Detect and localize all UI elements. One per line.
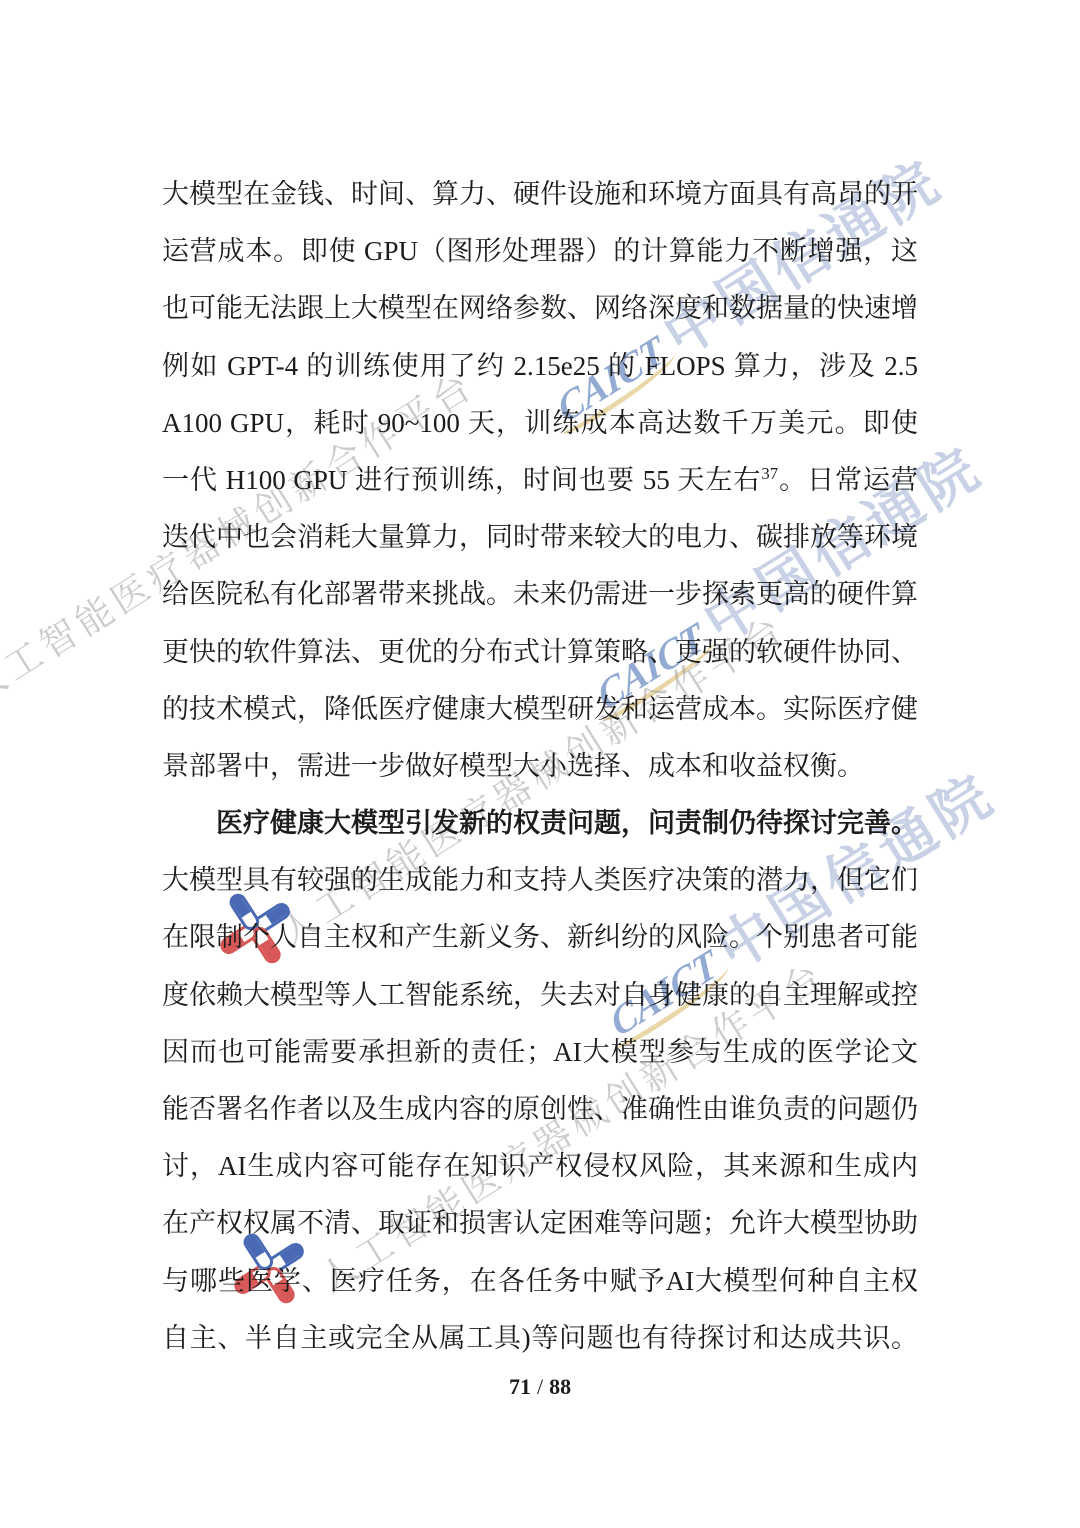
text-segment: 的技术模式，降低医疗健康大模型研发和运营成本。实际医疗健康场 <box>162 694 918 738</box>
paragraph-accountability: 医疗健康大模型引发新的权责问题，问责制仍待探讨完善。尽管大模型具有较强的生成能力… <box>162 795 918 1367</box>
text-line: 在产权权属不清、取证和损害认定困难等问题；允许大模型协助或参 <box>162 1195 918 1252</box>
text-line: 大模型在金钱、时间、算力、硬件设施和环境方面具有高昂的开发和 <box>162 166 918 223</box>
document-page: CAICT 中国信通院 CAICT 中国信通院 CAICT 中国信通院 人工智能… <box>0 0 1080 1528</box>
text-line: 例如 GPT-4 的训练使用了约 2.15e25 的 FLOPS 算力，涉及 2… <box>162 338 918 395</box>
text-line: 与哪些医学、医疗任务，在各任务中赋予AI大模型何种自主权（作为 <box>162 1253 918 1310</box>
bold-lead-text: 医疗健康大模型引发新的权责问题，问责制仍待探讨完善。 <box>216 808 918 838</box>
text-segment: 也可能无法跟上大模型在网络参数、网络深度和数据量的快速增长。 <box>162 293 918 337</box>
text-line: 迭代中也会消耗大量算力，同时带来较大的电力、碳排放等环境成本， <box>162 509 918 566</box>
text-line: 能否署名作者以及生成内容的原创性、准确性由谁负责的问题仍需探 <box>162 1081 918 1138</box>
text-segment: 度依赖大模型等人工智能系统，失去对自身健康的自主理解或控制， <box>162 980 918 1024</box>
text-segment: 例如 GPT-4 的训练使用了约 2.15e25 的 FLOPS 算力，涉及 2… <box>162 351 918 395</box>
text-segment: 大模型具有较强的生成能力和支持人类医疗决策的潜力，但它们也存 <box>162 865 918 909</box>
text-line: 医疗健康大模型引发新的权责问题，问责制仍待探讨完善。尽管 <box>162 795 918 852</box>
text-line: 讨，AI生成内容可能存在知识产权侵权风险，其来源和生成内容也存 <box>162 1138 918 1195</box>
text-segment: 在产权权属不清、取证和损害认定困难等问题；允许大模型协助或参 <box>162 1208 918 1252</box>
text-line: 度依赖大模型等人工智能系统，失去对自身健康的自主理解或控制， <box>162 967 918 1024</box>
text-line: 一代 H100 GPU 进行预训练，时间也要 55 天左右37。日常运营和模型 <box>162 452 918 509</box>
text-line: 自主、半自主或完全从属工具)等问题也有待探讨和达成共识。此外， <box>162 1310 918 1367</box>
text-segment: 自主、半自主或完全从属工具)等问题也有待探讨和达成共识。此外， <box>162 1323 918 1367</box>
text-segment: 在限制个人自主权和产生新义务、新纠纷的风险。个别患者可能会过 <box>162 922 918 966</box>
text-line: 的技术模式，降低医疗健康大模型研发和运营成本。实际医疗健康场 <box>162 681 918 738</box>
paragraph-cost: 大模型在金钱、时间、算力、硬件设施和环境方面具有高昂的开发和运营成本。即使 GP… <box>162 166 918 795</box>
page-separator: / <box>531 1374 549 1399</box>
body-text: 大模型在金钱、时间、算力、硬件设施和环境方面具有高昂的开发和运营成本。即使 GP… <box>162 166 918 1367</box>
text-segment: 讨，AI生成内容可能存在知识产权侵权风险，其来源和生成内容也存 <box>162 1151 918 1195</box>
text-line: A100 GPU，耗时 90~100 天，训练成本高达数千万美元。即使使用新 <box>162 395 918 452</box>
text-segment: 更快的软件算法、更优的分布式计算策略、更强的软硬件协同、更好 <box>162 637 918 681</box>
text-line: 更快的软件算法、更优的分布式计算策略、更强的软硬件协同、更好 <box>162 624 918 681</box>
current-page-number: 71 <box>509 1374 531 1399</box>
text-segment: 景部署中，需进一步做好模型大小选择、成本和收益权衡。 <box>162 751 864 781</box>
page-footer: 71/88 <box>162 1372 918 1402</box>
text-line: 给医院私有化部署带来挑战。未来仍需进一步探索更高的硬件算力、 <box>162 566 918 623</box>
text-segment: 与哪些医学、医疗任务，在各任务中赋予AI大模型何种自主权（作为 <box>162 1266 918 1310</box>
text-line: 也可能无法跟上大模型在网络参数、网络深度和数据量的快速增长。 <box>162 280 918 337</box>
text-line: 大模型具有较强的生成能力和支持人类医疗决策的潜力，但它们也存 <box>162 852 918 909</box>
text-line: 在限制个人自主权和产生新义务、新纠纷的风险。个别患者可能会过 <box>162 909 918 966</box>
text-line: 运营成本。即使 GPU（图形处理器）的计算能力不断增强，这些硬件 <box>162 223 918 280</box>
total-page-number: 88 <box>549 1374 571 1399</box>
footnote-ref: 37 <box>761 464 778 483</box>
text-line: 因而也可能需要承担新的责任；AI大模型参与生成的医学论文中，AI <box>162 1024 918 1081</box>
text-segment: 大模型在金钱、时间、算力、硬件设施和环境方面具有高昂的开发和 <box>162 179 918 223</box>
text-segment: 因而也可能需要承担新的责任；AI大模型参与生成的医学论文中，AI <box>162 1037 918 1081</box>
text-segment: 能否署名作者以及生成内容的原创性、准确性由谁负责的问题仍需探 <box>162 1094 918 1138</box>
text-segment: 运营成本。即使 GPU（图形处理器）的计算能力不断增强，这些硬件 <box>162 236 918 280</box>
text-segment: 一代 H100 GPU 进行预训练，时间也要 55 天左右 <box>162 465 761 495</box>
text-segment: A100 GPU，耗时 90~100 天，训练成本高达数千万美元。即使使用新 <box>162 408 918 452</box>
text-segment: 给医院私有化部署带来挑战。未来仍需进一步探索更高的硬件算力、 <box>162 579 918 623</box>
text-line: 景部署中，需进一步做好模型大小选择、成本和收益权衡。 <box>162 738 918 795</box>
text-segment: 迭代中也会消耗大量算力，同时带来较大的电力、碳排放等环境成本， <box>162 522 918 566</box>
